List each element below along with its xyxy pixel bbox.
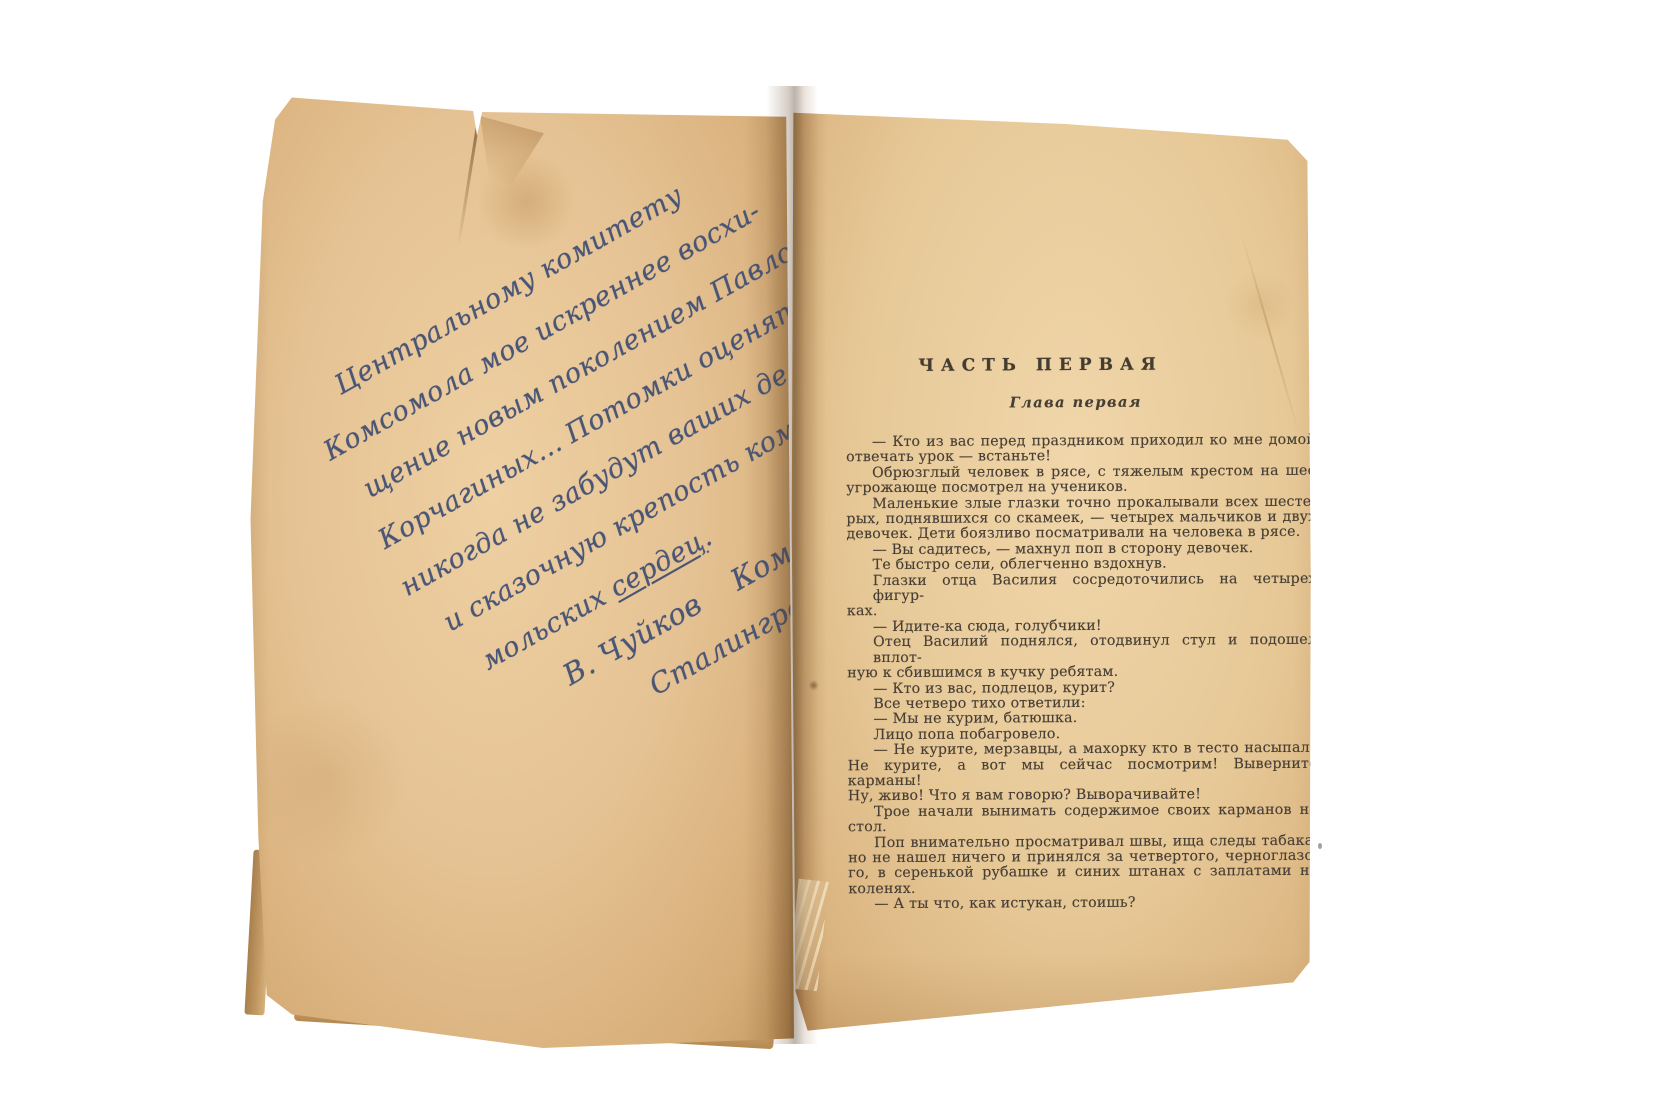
- printed-line: — А ты что, как истукан, стоишь?: [848, 895, 1318, 913]
- right-page: ЧАСТЬ ПЕРВАЯ Глава первая — Кто из вас п…: [789, 110, 1337, 1038]
- paper-tear-shade: [480, 116, 544, 212]
- body-text: — Кто из вас перед праздником приходил к…: [846, 433, 1318, 913]
- printed-line: Глазки отца Василия сосредоточились на ч…: [847, 571, 1317, 604]
- left-page: Центральному комитетуКомсомола мое искре…: [236, 86, 794, 1048]
- printed-line: Отец Василий поднялся, отодвинул стул и …: [847, 633, 1317, 666]
- paper-tear-icon: [457, 113, 481, 247]
- printed-line: — Кто из вас перед праздником приходил к…: [846, 433, 1316, 451]
- part-title: ЧАСТЬ ПЕРВАЯ: [806, 354, 1276, 376]
- printed-line: Трое начали вынимать содержимое своих ка…: [848, 803, 1318, 821]
- printed-line: Не курите, а вот мы сейчас посмотрим! Вы…: [848, 756, 1318, 789]
- chapter-title: Глава первая: [841, 393, 1311, 412]
- frayed-spine-edge: [787, 879, 828, 992]
- printed-line: го, в серенькой рубашке и синих штанах с…: [848, 864, 1318, 882]
- paper-speck: [1318, 843, 1322, 849]
- photo-background: Центральному комитетуКомсомола мое искре…: [0, 0, 1680, 1119]
- printed-text-column: ЧАСТЬ ПЕРВАЯ Глава первая — Кто из вас п…: [846, 354, 1319, 913]
